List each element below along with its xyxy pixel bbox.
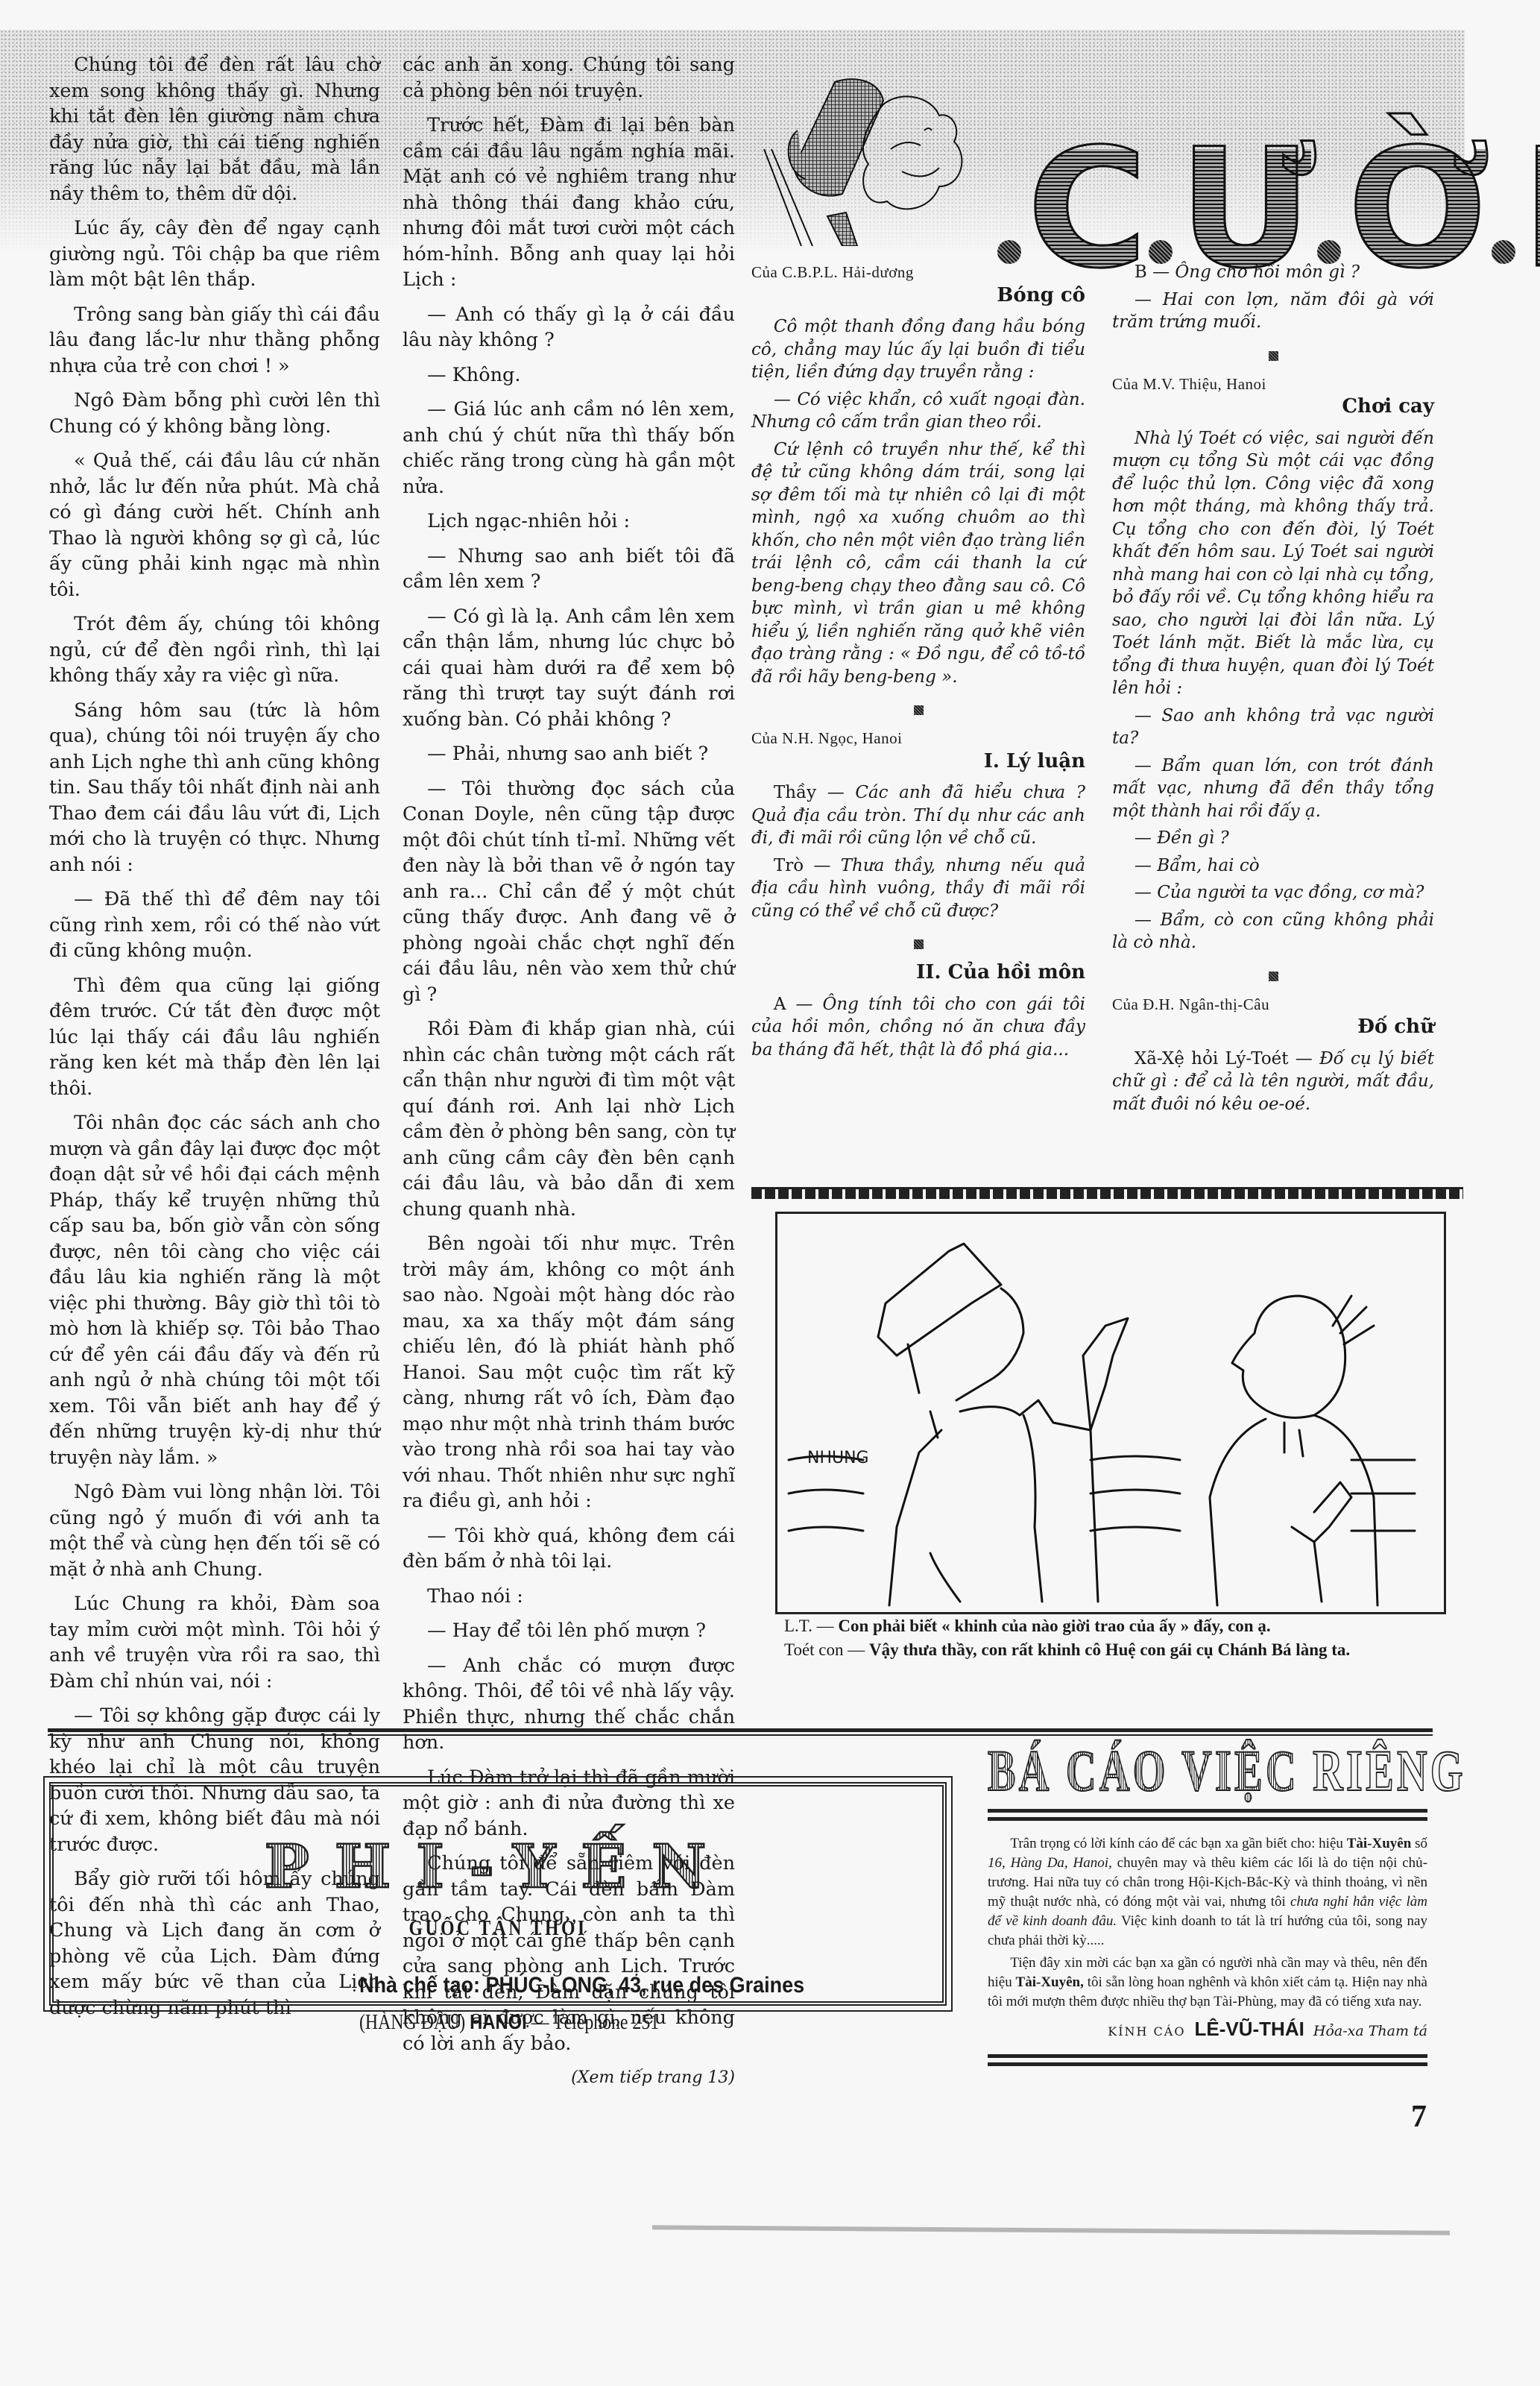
page-bottom-edge xyxy=(0,2220,1450,2235)
advertisement-ba-cao: BÁ CÁO VIỆC RIÊNG Trân trọng có lời kính… xyxy=(988,1737,1427,2080)
story-paragraph: Thao nói : xyxy=(403,1584,735,1610)
ad-maker: PHÚC-LONG, 43, rue des Graines xyxy=(486,1973,805,1998)
joke-paragraph: — Bẩm quan lớn, con trót đánh mất vạc, n… xyxy=(1112,755,1434,823)
joke-paragraph: — Đền gì ? xyxy=(1112,827,1434,850)
ad-phone: — Téléphone 251 xyxy=(531,2011,659,2034)
joke-paragraph: Nhà lý Toét có việc, sai người đến mượn … xyxy=(1112,427,1434,700)
story-paragraph: — Phải, nhưng sao anh biết ? xyxy=(403,741,735,767)
story-paragraph: — Hay để tôi lên phố mượn ? xyxy=(403,1618,735,1644)
caption-speaker: Toét con — xyxy=(784,1640,865,1659)
separator xyxy=(1112,965,1434,980)
double-rule xyxy=(988,1809,1427,1821)
joke-dialogue-line: Trò — Thưa thầy, nhưng nếu quả địa cầu h… xyxy=(751,854,1085,923)
continued-on-page-link: (Xem tiếp trang 13) xyxy=(403,2065,735,2091)
story-paragraph: — Tôi khờ quá, không đem cái đèn bấm ở n… xyxy=(403,1523,735,1575)
joke-byline: Của N.H. Ngọc, Hanoi xyxy=(751,727,1085,750)
ad-paragraph: Tiện đây xin mời các bạn xa gần có người… xyxy=(988,1954,1427,2012)
shop-name: Tài-Xuyên xyxy=(1347,1836,1412,1851)
speaker: Trò — xyxy=(774,856,831,875)
story-paragraph: Trước hết, Đàm đi lại bên bàn cầm cái đầ… xyxy=(403,113,735,293)
joke-paragraph: — Sao anh không trả vạc người ta? xyxy=(1112,705,1434,750)
story-paragraph: Ngô Đàm bỗng phì cười lên thì Chung có ý… xyxy=(49,388,380,439)
story-paragraph: Trông sang bàn giấy thì cái đầu lâu đang… xyxy=(49,302,380,380)
story-paragraph: — Nhưng sao anh biết tôi đã cầm lên xem … xyxy=(403,544,735,595)
ad-brand-name: PHI-YẾN xyxy=(54,1831,942,1901)
sign-label: KÍNH CÁO xyxy=(1108,2024,1185,2039)
caption-speaker: L.T. — xyxy=(784,1617,834,1635)
story-paragraph: Sáng hôm sau (tức là hôm qua), chúng tôi… xyxy=(49,698,380,878)
speaker: B — xyxy=(1135,262,1170,282)
ad-maker-label: Nhà chế tạo: xyxy=(359,1973,480,1998)
story-paragraph: Tôi nhân đọc các sách anh cho mượn và gầ… xyxy=(49,1110,380,1470)
story-paragraph: Bên ngoài tối như mực. Trên trời mây ám,… xyxy=(403,1231,735,1514)
story-paragraph: Ngô Đàm vui lòng nhận lời. Tôi cũng ngỏ … xyxy=(49,1479,380,1582)
jokes-column-1: Của C.B.P.L. Hải-dương Bóng cô Cô một th… xyxy=(751,261,1085,1065)
separator xyxy=(751,699,1085,714)
speaker: Xã-Xệ hỏi Lý-Toét — xyxy=(1135,1049,1313,1068)
joke-byline: Của C.B.P.L. Hải-dương xyxy=(751,261,1085,284)
ad-paragraph: Trân trọng có lời kính cáo để các bạn xa… xyxy=(988,1834,1427,1951)
masthead-letter: I xyxy=(1521,149,1540,268)
story-paragraph: Lúc ấy, cây đèn để ngay cạnh giường ngủ.… xyxy=(49,215,380,293)
ad-city: HANOI xyxy=(470,2010,527,2033)
masthead-letter: C xyxy=(1027,149,1143,268)
speaker: A — xyxy=(774,995,813,1014)
caption-line: L.T. — Con phải biết « khinh của nào giờ… xyxy=(784,1614,1455,1638)
story-paragraph: « Quả thế, cái đầu lâu cứ nhăn nhở, lắc … xyxy=(49,448,380,602)
story-paragraph: — Anh chắc có mượn được không. Thôi, để … xyxy=(403,1653,735,1756)
speaker: Thầy — xyxy=(774,783,845,802)
square-ornament-icon xyxy=(1269,351,1278,361)
story-paragraph: — Giá lúc anh cầm nó lên xem, anh chú ý … xyxy=(403,397,735,500)
joke-dialogue-line: B — Ông cho hồi môn gì ? xyxy=(1112,261,1434,284)
story-paragraph: Rồi Đàm đi khắp gian nhà, cúi nhìn các c… xyxy=(403,1016,735,1222)
jokes-column-2: B — Ông cho hồi môn gì ? — Hai con lợn, … xyxy=(1112,261,1434,1120)
cartoon-drawing-icon xyxy=(777,1214,1444,1612)
dialogue-text: — Hai con lợn, năm đôi gà với trăm trứng… xyxy=(1112,290,1434,333)
ornamental-rule xyxy=(751,1187,1463,1199)
joke-paragraph: — Có việc khẩn, cô xuất ngoại đàn. Nhưng… xyxy=(751,388,1085,434)
story-paragraph: Trót đêm ấy, chúng tôi không ngủ, cứ để … xyxy=(49,611,380,689)
story-paragraph: — Có gì là lạ. Anh cầm lên xem cẩn thận … xyxy=(403,604,735,733)
section-masthead-cuoi: C Ư Ờ I xyxy=(753,60,1457,246)
square-ornament-icon xyxy=(914,939,924,949)
joke-paragraph: Xã-Xệ hỏi Lý-Toét — Đố cụ lý biết chữ gì… xyxy=(1112,1048,1434,1116)
separator xyxy=(751,933,1085,948)
ad-signature: KÍNH CÁO LÊ-VŨ-THÁI Hỏa-xa Tham tá xyxy=(988,2018,1427,2041)
joke-dialogue-line: — Hai con lợn, năm đôi gà với trăm trứng… xyxy=(1112,289,1434,334)
joke-title: Đố chữ xyxy=(1112,1016,1434,1039)
masthead-title: C Ư Ờ I xyxy=(991,149,1540,268)
shop-name: Tài-Xuyên, xyxy=(1016,1974,1084,1990)
ad-heading: BÁ CÁO VIỆC RIÊNG xyxy=(988,1737,1304,1804)
ad-street: (HÀNG ĐẬU) xyxy=(359,2011,465,2034)
story-paragraph: — Đã thế thì để đêm nay tôi cũng rình xe… xyxy=(49,887,380,964)
sign-name: LÊ-VŨ-THÁI xyxy=(1195,2018,1304,2040)
joke-byline: Của Đ.H. Ngân-thị-Câu xyxy=(1112,993,1434,1016)
joke-title: II. Của hồi môn xyxy=(751,961,1085,984)
story-paragraph: Chúng tôi để đèn rất lâu chờ xem song kh… xyxy=(49,52,380,207)
bullet-dot-icon xyxy=(1492,240,1515,264)
joke-title: Chơi cay xyxy=(1112,395,1434,418)
story-paragraph: — Tôi thường đọc sách của Conan Doyle, n… xyxy=(403,776,735,1008)
caption-text: Con phải biết « khinh của nào giời trao … xyxy=(838,1617,1270,1635)
caption-line: Toét con — Vậy thưa thầy, con rất khinh … xyxy=(784,1638,1455,1662)
story-paragraph: Lúc Chung ra khỏi, Đàm soa tay mỉm cười … xyxy=(49,1591,380,1694)
story-paragraph: — Anh có thấy gì lạ ở cái đầu lâu này kh… xyxy=(403,302,735,353)
double-rule xyxy=(988,2054,1427,2066)
joke-title: Bóng cô xyxy=(751,284,1085,307)
cartoon-captions: L.T. — Con phải biết « khinh của nào giờ… xyxy=(784,1614,1455,1662)
sign-title: Hỏa-xa Tham tá xyxy=(1313,2023,1427,2039)
joke-dialogue-line: Thầy — Các anh đã hiểu chưa ? Quả địa cầ… xyxy=(751,781,1085,850)
ad-address-line: (HÀNG ĐẬU) HANOI — Téléphone 251 xyxy=(359,2010,659,2035)
separator xyxy=(1112,344,1434,359)
cartoon-illustration: NHUNG xyxy=(775,1212,1446,1614)
masthead-letter: Ờ xyxy=(1347,149,1486,268)
joke-dialogue-line: A — Ông tính tôi cho con gái tôi của hồi… xyxy=(751,993,1085,1062)
ad-tagline: GUỐC TÂN THỜI xyxy=(120,1917,875,1941)
story-paragraph: các anh ăn xong. Chúng tôi sang cả phòng… xyxy=(403,52,735,104)
ad-maker-line: Nhà chế tạo: PHÚC-LONG, 43, rue des Grai… xyxy=(359,1973,804,1998)
joke-title: I. Lý luận xyxy=(751,750,1085,773)
joke-paragraph: Cô một thanh đồng đang hầu bóng cô, chẳn… xyxy=(751,315,1085,384)
joke-paragraph: — Bẩm, hai cò xyxy=(1112,854,1434,878)
ad-body: Trân trọng có lời kính cáo để các bạn xa… xyxy=(988,1834,1427,2012)
joke-paragraph: Cứ lệnh cô truyền như thế, kể thì đệ tử … xyxy=(751,438,1085,689)
advertisement-phi-yen: PHI-YẾN GUỐC TÂN THỜI Nhà chế tạo: PHÚC-… xyxy=(49,1782,947,2006)
joke-paragraph: — Bẩm, cò con cũng không phải là cò nhà. xyxy=(1112,909,1434,954)
caricature-illustration-icon xyxy=(753,60,1006,246)
square-ornament-icon xyxy=(914,705,924,715)
dialogue-text: Ông cho hồi môn gì ? xyxy=(1175,262,1360,282)
story-paragraph: Lịch ngạc-nhiên hỏi : xyxy=(403,509,735,535)
page-number: 7 xyxy=(1411,2099,1427,2135)
joke-byline: Của M.V. Thiệu, Hanoi xyxy=(1112,373,1434,396)
square-ornament-icon xyxy=(1269,972,1278,981)
masthead-letter: Ư xyxy=(1178,149,1311,268)
shop-address: 16, Hàng Da, Hanoi, xyxy=(988,1855,1112,1871)
section-divider-rule xyxy=(48,1728,1433,1736)
story-paragraph: Thì đêm qua cũng lại giống đêm trước. Cứ… xyxy=(49,973,380,1102)
caption-text: Vậy thưa thầy, con rất khinh cô Huệ con … xyxy=(869,1640,1350,1659)
joke-paragraph: — Của người ta vạc đồng, cơ mà? xyxy=(1112,881,1434,904)
story-paragraph: — Không. xyxy=(403,362,735,388)
artist-signature: NHUNG xyxy=(807,1449,869,1467)
